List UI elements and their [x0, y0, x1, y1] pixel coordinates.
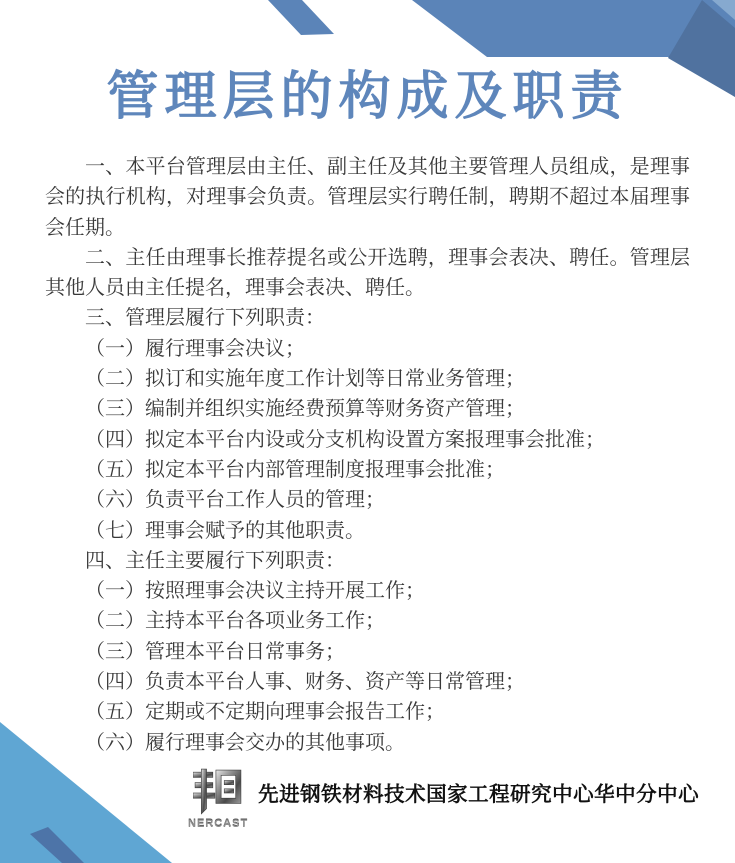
nercast-logo-icon — [193, 768, 243, 818]
organization-name: 先进钢铁材料技术国家工程研究中心华中分中心 — [258, 777, 699, 821]
section-4-item-4: （四）负责本平台人事、财务、资产等日常管理； — [45, 667, 690, 697]
section-4-item-2: （二）主持本平台各项业务工作； — [45, 606, 690, 636]
top-right-light-corner — [712, 0, 735, 20]
nercast-logo-text: NERCAST — [188, 819, 248, 830]
section-3-heading: 三、管理层履行下列职责： — [45, 303, 690, 333]
footer: NERCAST 先进钢铁材料技术国家工程研究中心华中分中心 — [188, 768, 699, 830]
section-3-item-7: （七）理事会赋予的其他职责。 — [45, 516, 690, 546]
paragraph-1: 一、本平台管理层由主任、副主任及其他主要管理人员组成，是理事会的执行机构，对理事… — [45, 152, 690, 243]
section-4-item-1: （一）按照理事会决议主持开展工作； — [45, 576, 690, 606]
bottom-left-stripe — [30, 827, 84, 863]
section-3-item-1: （一）履行理事会决议； — [45, 334, 690, 364]
page-title: 管理层的构成及职责 — [0, 54, 735, 129]
poster-page: 管理层的构成及职责 一、本平台管理层由主任、副主任及其他主要管理人员组成，是理事… — [0, 0, 735, 863]
section-4-item-5: （五）定期或不定期向理事会报告工作； — [45, 697, 690, 727]
section-4-item-6: （六）履行理事会交办的其他事项。 — [45, 728, 690, 758]
section-4-heading: 四、主任主要履行下列职责： — [45, 546, 690, 576]
section-3-item-3: （三）编制并组织实施经费预算等财务资产管理； — [45, 394, 690, 424]
section-3-item-4: （四）拟定本平台内设或分支机构设置方案报理事会批准； — [45, 425, 690, 455]
body-text: 一、本平台管理层由主任、副主任及其他主要管理人员组成，是理事会的执行机构，对理事… — [45, 152, 690, 758]
top-ribbon-shape — [268, 0, 334, 35]
section-3-item-5: （五）拟定本平台内部管理制度报理事会批准； — [45, 455, 690, 485]
section-3-item-2: （二）拟订和实施年度工作计划等日常业务管理； — [45, 364, 690, 394]
nercast-logo: NERCAST — [188, 768, 248, 830]
section-4-item-3: （三）管理本平台日常事务； — [45, 637, 690, 667]
paragraph-2: 二、主任由理事长推荐提名或公开选聘，理事会表决、聘任。管理层其他人员由主任提名，… — [45, 243, 690, 304]
section-3-item-6: （六）负责平台工作人员的管理； — [45, 485, 690, 515]
